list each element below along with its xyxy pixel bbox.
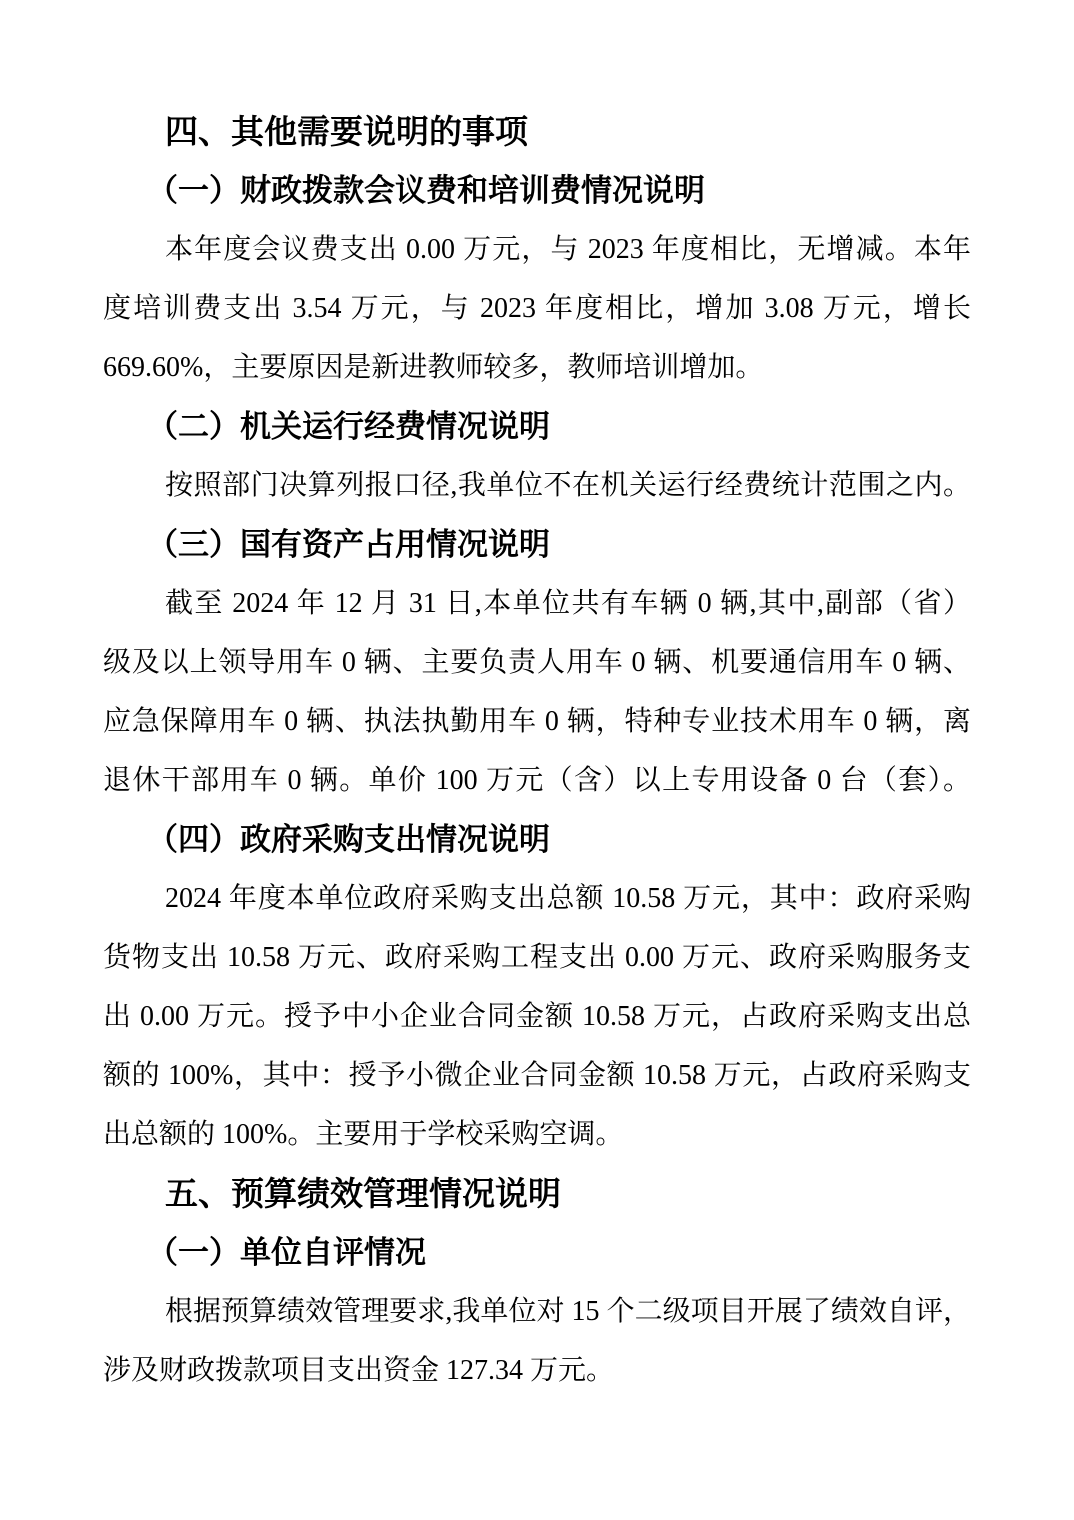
section-heading: 五、预算绩效管理情况说明: [103, 1164, 971, 1223]
document-page: { "page": { "background_color": "#ffffff…: [0, 0, 1074, 1520]
body-text-line: 应急保障用车 0 辆、执法执勤用车 0 辆，特种专业技术用车 0 辆，离: [103, 692, 971, 751]
subsection-heading: （一）单位自评情况: [103, 1223, 971, 1282]
body-text-line: 本年度会议费支出 0.00 万元，与 2023 年度相比，无增减。本年: [103, 220, 971, 279]
section-heading: 四、其他需要说明的事项: [103, 102, 971, 161]
body-text-line: 度培训费支出 3.54 万元，与 2023 年度相比，增加 3.08 万元，增长: [103, 279, 971, 338]
body-text-line: 根据预算绩效管理要求,我单位对 15 个二级项目开展了绩效自评，: [103, 1282, 971, 1341]
subsection-heading: （一）财政拨款会议费和培训费情况说明: [103, 161, 971, 220]
body-text-line: 按照部门决算列报口径,我单位不在机关运行经费统计范围之内。: [103, 456, 971, 515]
subsection-heading: （三）国有资产占用情况说明: [103, 515, 971, 574]
body-text-line: 出 0.00 万元。授予中小企业合同金额 10.58 万元，占政府采购支出总: [103, 987, 971, 1046]
body-text-line: 669.60%，主要原因是新进教师较多，教师培训增加。: [103, 338, 971, 397]
body-text-line: 截至 2024 年 12 月 31 日,本单位共有车辆 0 辆,其中,副部（省）: [103, 574, 971, 633]
subsection-heading: （二）机关运行经费情况说明: [103, 397, 971, 456]
body-text-line: 出总额的 100%。主要用于学校采购空调。: [103, 1105, 971, 1164]
body-text-line: 级及以上领导用车 0 辆、主要负责人用车 0 辆、机要通信用车 0 辆、: [103, 633, 971, 692]
body-text-line: 2024 年度本单位政府采购支出总额 10.58 万元，其中：政府采购: [103, 869, 971, 928]
subsection-heading: （四）政府采购支出情况说明: [103, 810, 971, 869]
body-text-line: 涉及财政拨款项目支出资金 127.34 万元。: [103, 1341, 971, 1400]
document-content: 四、其他需要说明的事项（一）财政拨款会议费和培训费情况说明本年度会议费支出 0.…: [103, 102, 971, 1400]
body-text-line: 货物支出 10.58 万元、政府采购工程支出 0.00 万元、政府采购服务支: [103, 928, 971, 987]
body-text-line: 额的 100%，其中：授予小微企业合同金额 10.58 万元，占政府采购支: [103, 1046, 971, 1105]
body-text-line: 退休干部用车 0 辆。单价 100 万元（含）以上专用设备 0 台（套）。: [103, 751, 971, 810]
